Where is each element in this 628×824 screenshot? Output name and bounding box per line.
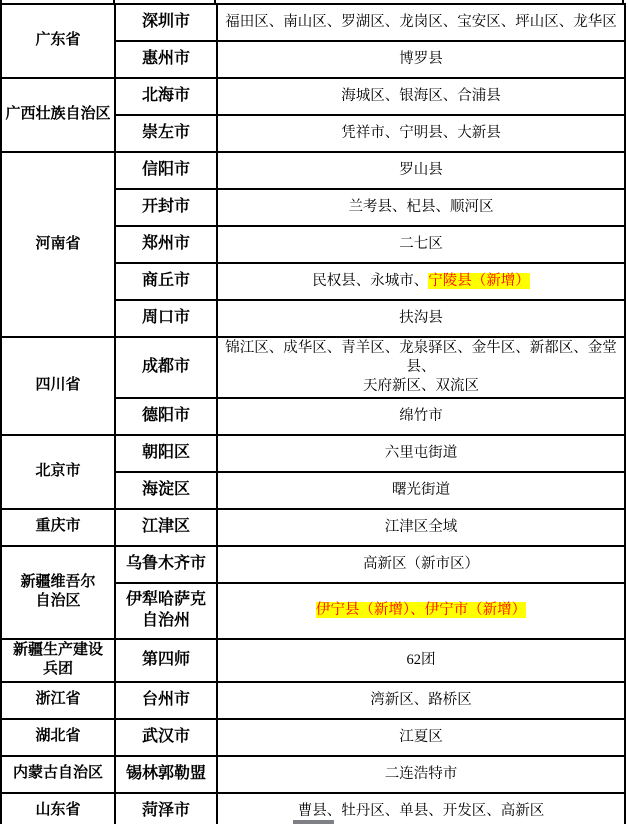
- districts-cell: 62团: [217, 639, 625, 682]
- city-cell: 崇左市: [115, 115, 217, 152]
- districts-cell: 高新区（新市区）: [217, 546, 625, 583]
- city-cell: 伊犁哈萨克 自治州: [115, 583, 217, 639]
- city-cell: 北海市: [115, 78, 217, 115]
- district-list: 民权县、永城市、: [312, 273, 428, 289]
- district-list: 扶沟县: [399, 310, 443, 326]
- province-cell: 新疆生产建设 兵团: [1, 639, 115, 682]
- districts-cell: 二连浩特市: [217, 756, 625, 793]
- city-cell: 开封市: [115, 189, 217, 226]
- district-list: 江夏区: [399, 729, 443, 745]
- districts-cell: 兰考县、杞县、顺河区: [217, 189, 625, 226]
- district-list: 曙光街道: [392, 482, 450, 498]
- city-cell: 惠州市: [115, 41, 217, 78]
- district-list: 高新区（新市区）: [363, 556, 479, 572]
- district-list: 湾新区、路桥区: [370, 692, 472, 708]
- districts-cell: 绵竹市: [217, 398, 625, 435]
- table-row: 广东省 深圳市 福田区、南山区、罗湖区、龙岗区、宝安区、坪山区、龙华区: [1, 4, 625, 41]
- province-cell: 新疆维吾尔 自治区: [1, 546, 115, 639]
- district-list: 曹县、牡丹区、单县、开发区、高新区: [298, 803, 545, 819]
- districts-cell: 扶沟县: [217, 300, 625, 337]
- city-cell: 德阳市: [115, 398, 217, 435]
- table-row: 四川省 成都市 锦江区、成华区、青羊区、龙泉驿区、金牛区、新都区、金堂县、 天府…: [1, 337, 625, 398]
- districts-cell: 曙光街道: [217, 472, 625, 509]
- district-list: 博罗县: [399, 51, 443, 67]
- city-cell: 朝阳区: [115, 435, 217, 472]
- district-list: 绵竹市: [399, 408, 443, 424]
- table-row: 北京市 朝阳区 六里屯街道: [1, 435, 625, 472]
- district-list-highlighted: 伊宁县（新增）、伊宁市（新增）: [316, 602, 526, 618]
- district-list: 二七区: [399, 236, 443, 252]
- table-row: 湖北省 武汉市 江夏区: [1, 719, 625, 756]
- city-cell: 周口市: [115, 300, 217, 337]
- district-list: 江津区全域: [385, 519, 458, 535]
- districts-cell: 海城区、银海区、合浦县: [217, 78, 625, 115]
- province-cell: 四川省: [1, 337, 115, 435]
- districts-cell: 二七区: [217, 226, 625, 263]
- city-cell: 深圳市: [115, 4, 217, 41]
- city-cell: 海淀区: [115, 472, 217, 509]
- district-list: 兰考县、杞县、顺河区: [349, 199, 494, 215]
- districts-cell: 湾新区、路桥区: [217, 682, 625, 719]
- district-list: 海城区、银海区、合浦县: [341, 88, 501, 104]
- horizontal-scrollbar-thumb[interactable]: [293, 820, 334, 824]
- table-row: 河南省 信阳市 罗山县: [1, 152, 625, 189]
- table-row: 新疆生产建设 兵团 第四师 62团: [1, 639, 625, 682]
- districts-cell: 福田区、南山区、罗湖区、龙岗区、宝安区、坪山区、龙华区: [217, 4, 625, 41]
- table-row: 新疆维吾尔 自治区 乌鲁木齐市 高新区（新市区）: [1, 546, 625, 583]
- district-list: 凭祥市、宁明县、大新县: [341, 125, 501, 141]
- city-cell: 郑州市: [115, 226, 217, 263]
- province-cell: 广东省: [1, 4, 115, 78]
- districts-cell: 六里屯街道: [217, 435, 625, 472]
- province-cell: 重庆市: [1, 509, 115, 546]
- districts-cell: 民权县、永城市、宁陵县（新增）: [217, 263, 625, 300]
- province-cell: 浙江省: [1, 682, 115, 719]
- city-cell: 台州市: [115, 682, 217, 719]
- province-cell: 内蒙古自治区: [1, 756, 115, 793]
- city-cell: 成都市: [115, 337, 217, 398]
- districts-cell: 锦江区、成华区、青羊区、龙泉驿区、金牛区、新都区、金堂县、 天府新区、双流区: [217, 337, 625, 398]
- city-cell: 乌鲁木齐市: [115, 546, 217, 583]
- province-cell: 湖北省: [1, 719, 115, 756]
- city-cell: 武汉市: [115, 719, 217, 756]
- district-list: 罗山县: [399, 162, 443, 178]
- districts-cell: 江夏区: [217, 719, 625, 756]
- district-list: 二连浩特市: [385, 766, 458, 782]
- city-cell: 第四师: [115, 639, 217, 682]
- document-page: 广东省 深圳市 福田区、南山区、罗湖区、龙岗区、宝安区、坪山区、龙华区 惠州市 …: [0, 0, 628, 824]
- district-list: 福田区、南山区、罗湖区、龙岗区、宝安区、坪山区、龙华区: [225, 14, 617, 30]
- table-row: 内蒙古自治区 锡林郭勒盟 二连浩特市: [1, 756, 625, 793]
- city-cell: 菏泽市: [115, 793, 217, 824]
- districts-cell: 伊宁县（新增）、伊宁市（新增）: [217, 583, 625, 639]
- districts-cell: 博罗县: [217, 41, 625, 78]
- city-cell: 商丘市: [115, 263, 217, 300]
- table-row: 重庆市 江津区 江津区全域: [1, 509, 625, 546]
- province-cell: 河南省: [1, 152, 115, 337]
- district-list: 锦江区、成华区、青羊区、龙泉驿区、金牛区、新都区、金堂县、 天府新区、双流区: [225, 340, 617, 394]
- province-cell: 北京市: [1, 435, 115, 509]
- district-list: 62团: [407, 652, 436, 668]
- city-cell: 信阳市: [115, 152, 217, 189]
- admin-regions-table: 广东省 深圳市 福田区、南山区、罗湖区、龙岗区、宝安区、坪山区、龙华区 惠州市 …: [0, 3, 626, 824]
- province-cell: 山东省: [1, 793, 115, 824]
- table-row: 广西壮族自治区 北海市 海城区、银海区、合浦县: [1, 78, 625, 115]
- city-cell: 江津区: [115, 509, 217, 546]
- city-cell: 锡林郭勒盟: [115, 756, 217, 793]
- districts-cell: 凭祥市、宁明县、大新县: [217, 115, 625, 152]
- province-cell: 广西壮族自治区: [1, 78, 115, 152]
- districts-cell: 罗山县: [217, 152, 625, 189]
- district-list-highlighted: 宁陵县（新增）: [428, 273, 530, 289]
- districts-cell: 曹县、牡丹区、单县、开发区、高新区: [217, 793, 625, 824]
- district-list: 六里屯街道: [385, 445, 458, 461]
- districts-cell: 江津区全域: [217, 509, 625, 546]
- table-row: 浙江省 台州市 湾新区、路桥区: [1, 682, 625, 719]
